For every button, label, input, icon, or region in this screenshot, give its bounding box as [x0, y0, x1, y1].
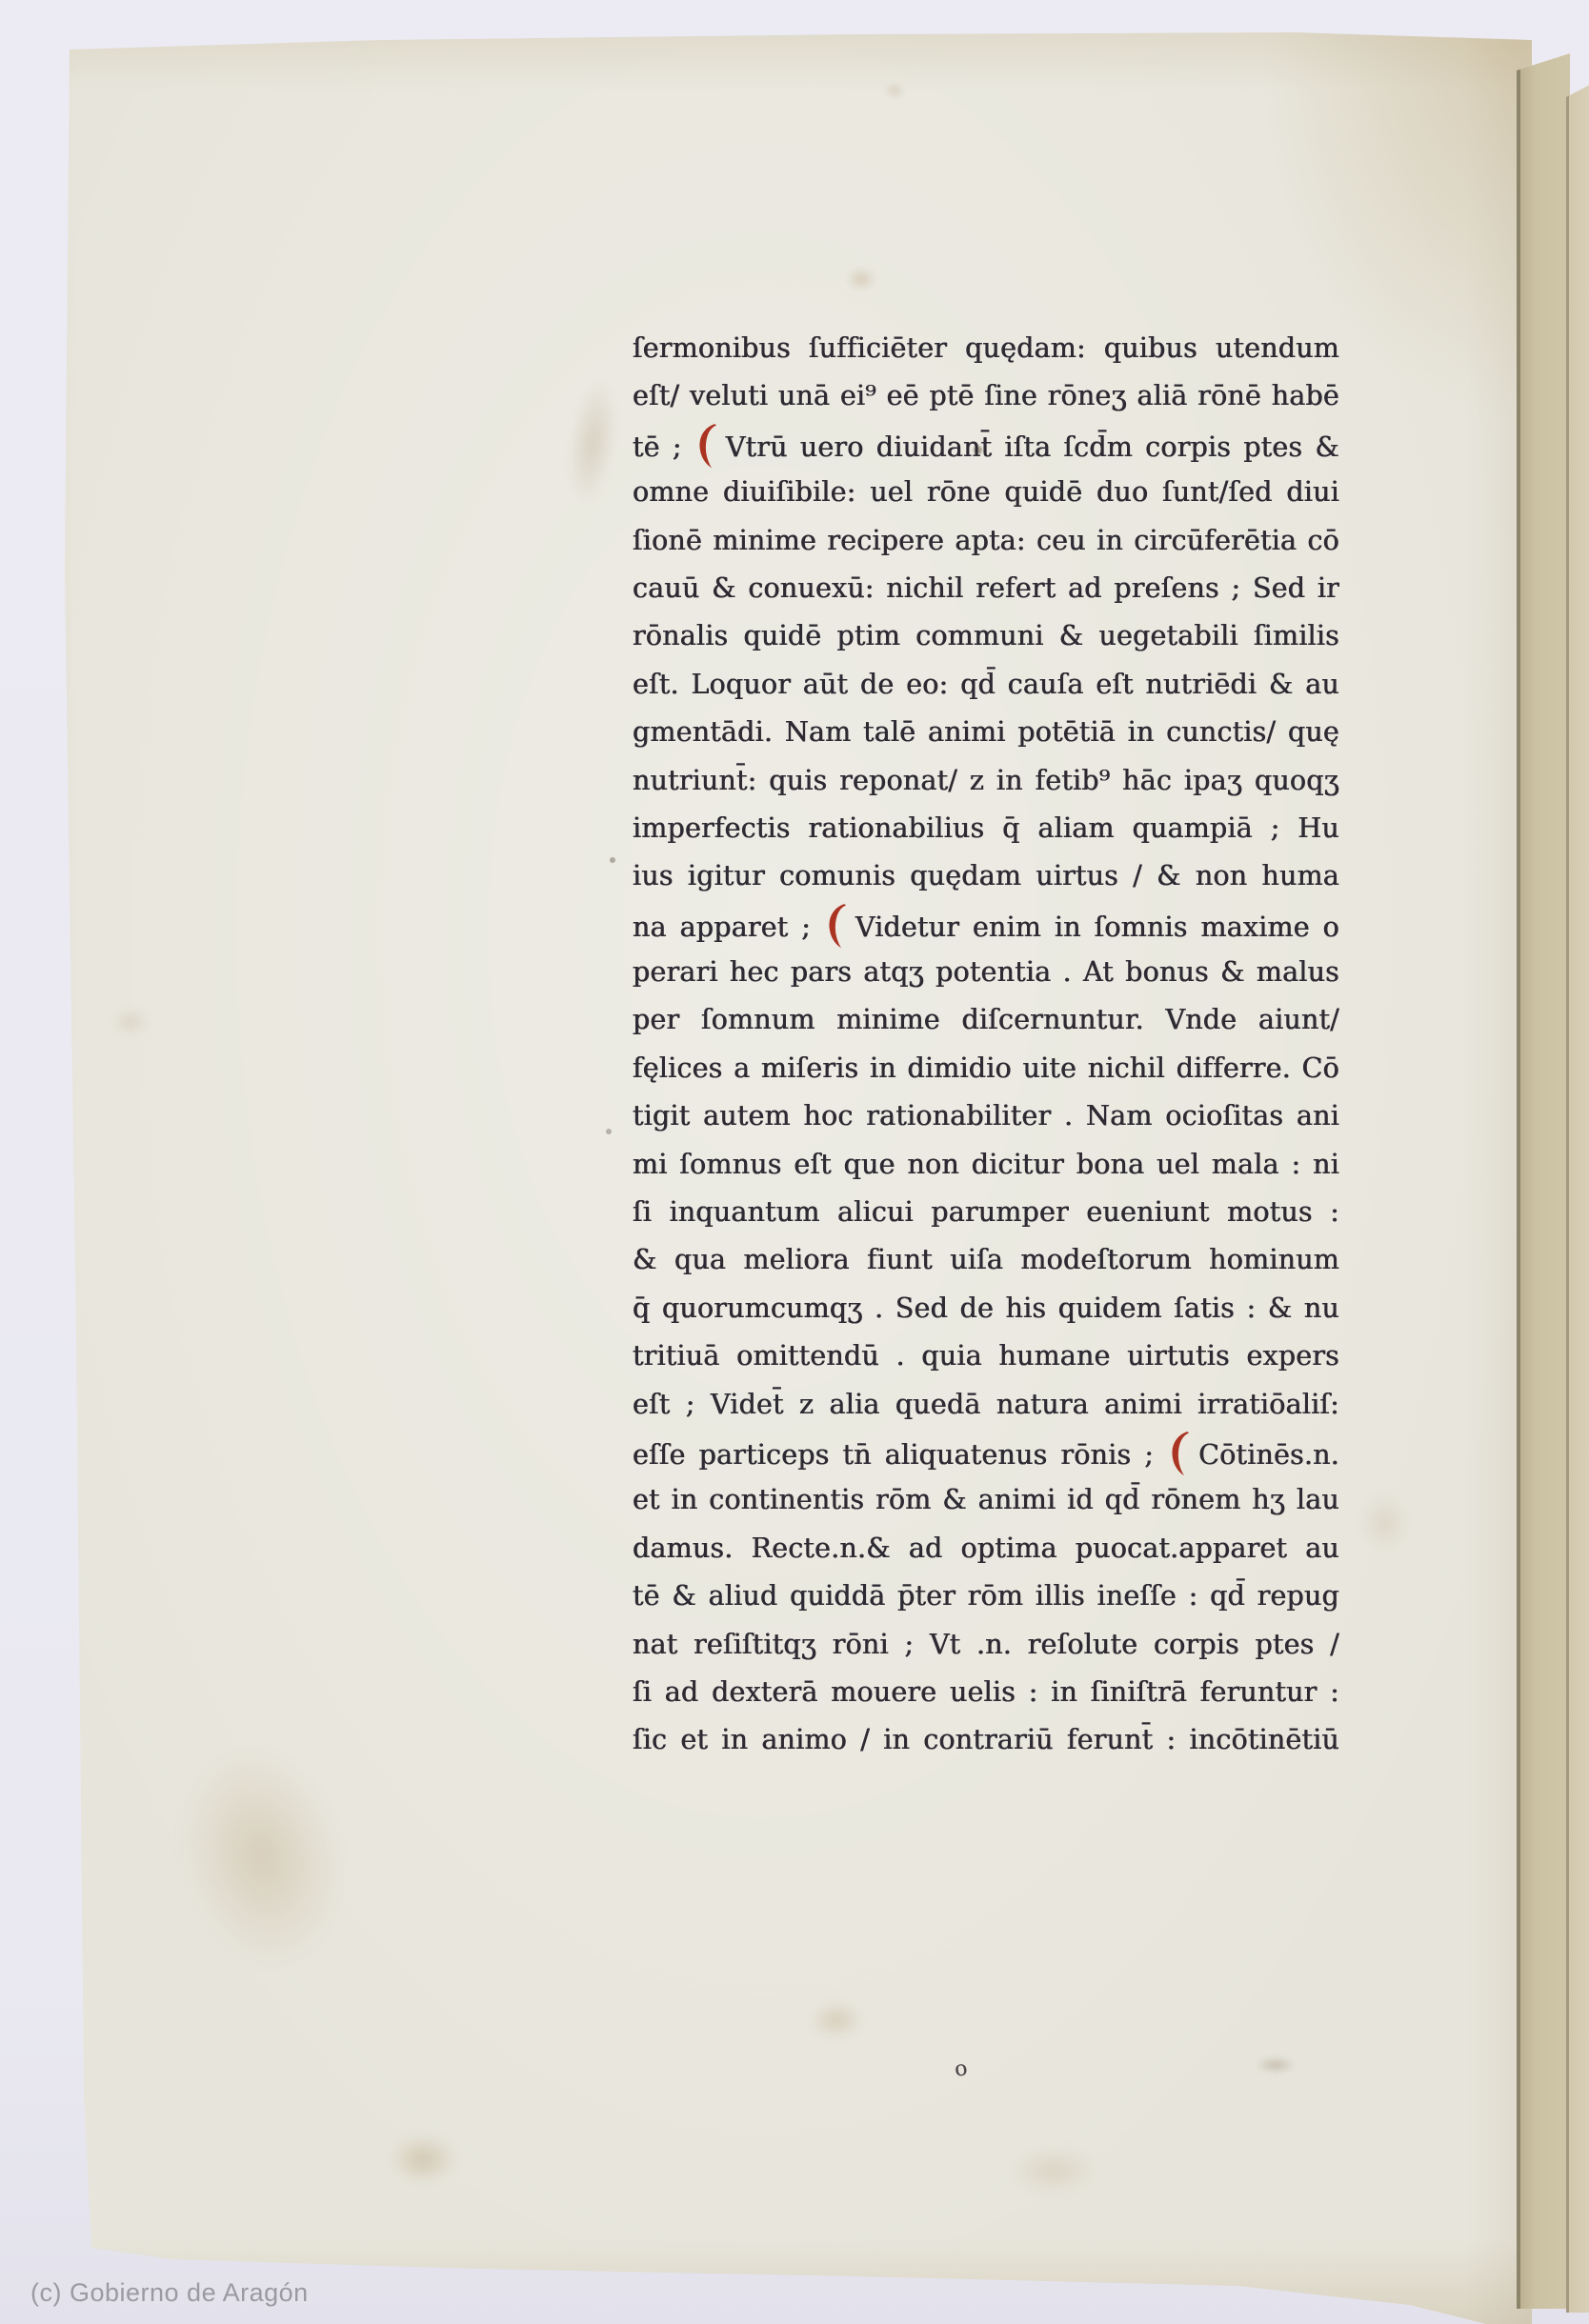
book-page: ſermonibus ſufficiēter quędam: quibus ut… [0, 0, 1589, 2324]
text-line: fęlices a miſeris in dimidio uite nichil… [633, 1045, 1339, 1092]
text-line: ius igitur comunis quędam uirtus / & non… [633, 852, 1339, 900]
text-segment: eſſe particeps tn̄ aliquatenus rōnis ; [633, 1439, 1167, 1471]
text-segment: ſi inquantum alicui parumper eueniunt mo… [633, 1196, 1339, 1228]
text-segment: imperfectis rationabilius q̄ aliam quamp… [633, 812, 1339, 844]
stain [610, 857, 615, 863]
text-segment: q̄ quorumcumqʒ . Sed de his quidem ſatis… [633, 1292, 1339, 1324]
text-line: eſt ; Videt̄ z alia quedā natura animi i… [633, 1381, 1339, 1429]
rubric-paragraph-mark-icon [826, 901, 847, 949]
text-line: tē ; Vtrū uero diuidant̄ iſta ſcd̄m corp… [633, 421, 1339, 469]
text-segment: eſt ; Videt̄ z alia quedā natura animi i… [633, 1389, 1339, 1420]
text-line: et in continentis rōm & animi id qd̄ rōn… [633, 1476, 1339, 1524]
text-line: eſſe particeps tn̄ aliquatenus rōnis ; C… [633, 1429, 1339, 1476]
text-line: cauū & conuexū: nichil refert ad preſens… [633, 565, 1339, 612]
text-segment: tē & aliud quiddā p̄ter rōm illis ineſſe… [633, 1580, 1339, 1612]
text-line: tritiuā omittendū . quia humane uirtutis… [633, 1332, 1339, 1380]
stain [1010, 2148, 1097, 2194]
text-segment: per ſomnum minime diſcernuntur. Vnde aiu… [633, 1004, 1339, 1035]
book-fore-edge [1566, 84, 1589, 2313]
stain [389, 2134, 457, 2185]
text-line: per ſomnum minime diſcernuntur. Vnde aiu… [633, 996, 1339, 1044]
rubric-paragraph-mark-icon [696, 421, 717, 469]
text-line: & qua meliora fiunt uiſa modeſtorum homi… [633, 1236, 1339, 1284]
text-segment: tigit autem hoc rationabiliter . Nam oci… [633, 1100, 1339, 1132]
text-line: nat reſiſtitqʒ rōni ; Vt .n. reſolute co… [633, 1621, 1339, 1669]
text-segment: ſermonibus ſufficiēter quędam: quibus ut… [633, 332, 1339, 364]
text-line: damus. Recte.n.& ad optima puocat.appare… [633, 1525, 1339, 1573]
text-segment: tē ; [633, 431, 694, 463]
text-segment: eſt. Loquor aūt de eo: qd̄ cauſa eſt nut… [633, 669, 1339, 700]
text-column: ſermonibus ſufficiēter quędam: quibus ut… [633, 325, 1339, 1765]
book-fore-edge [1517, 53, 1570, 2309]
stain [846, 267, 876, 291]
text-line: q̄ quorumcumqʒ . Sed de his quidem ſatis… [633, 1285, 1339, 1332]
text-line: ſermonibus ſufficiēter quędam: quibus ut… [633, 325, 1339, 372]
text-segment: ius igitur comunis quędam uirtus / & non… [633, 860, 1339, 892]
text-line: eſt/ veluti unā ei⁹ eē ptē ſine rōneʒ al… [633, 372, 1339, 420]
text-line: ſi inquantum alicui parumper eueniunt mo… [633, 1189, 1339, 1236]
stain [606, 1129, 612, 1134]
text-line: mi ſomnus eſt que non dicitur bona uel m… [633, 1141, 1339, 1189]
text-line: rōnalis quidē ptim communi & uegetabili … [633, 612, 1339, 660]
stain [154, 1726, 370, 1989]
text-line: nutriunt̄: quis reponat/ z in fetib⁹ hāc… [633, 757, 1339, 805]
text-segment: perari hec pars atqʒ potentia . At bonus… [633, 956, 1339, 988]
text-line: ſi ad dexterā mouere uelis : in ſiniſtrā… [633, 1669, 1339, 1716]
text-segment: ſionē minime recipere apta: ceu in circū… [633, 525, 1339, 556]
stain [884, 82, 905, 99]
text-segment: cauū & conuexū: nichil refert ad preſens… [633, 572, 1339, 604]
text-segment: mi ſomnus eſt que non dicitur bona uel m… [633, 1149, 1339, 1180]
stain [561, 376, 624, 509]
text-line: omne diuiſibile: uel rōne quidē duo ſunt… [633, 469, 1339, 516]
text-segment: nutriunt̄: quis reponat/ z in fetib⁹ hāc… [633, 765, 1339, 796]
text-segment: na apparet ; [633, 912, 824, 943]
text-segment: ſi ad dexterā mouere uelis : in ſiniſtrā… [633, 1676, 1339, 1708]
text-line: ſic et in animo / in contrariū ferunt̄ :… [633, 1716, 1339, 1764]
text-line: tigit autem hoc rationabiliter . Nam oci… [633, 1092, 1339, 1140]
text-line: perari hec pars atqʒ potentia . At bonus… [633, 949, 1339, 996]
text-segment: tritiuā omittendū . quia humane uirtutis… [633, 1340, 1339, 1372]
text-segment: nat reſiſtitqʒ rōni ; Vt .n. reſolute co… [633, 1629, 1339, 1660]
stain [112, 1008, 149, 1036]
text-line: eſt. Loquor aūt de eo: qd̄ cauſa eſt nut… [633, 661, 1339, 709]
quire-signature-mark: o [953, 2056, 969, 2082]
text-segment: et in continentis rōm & animi id qd̄ rōn… [633, 1484, 1339, 1515]
text-segment: rōnalis quidē ptim communi & uegetabili … [633, 620, 1339, 651]
text-line: imperfectis rationabilius q̄ aliam quamp… [633, 805, 1339, 852]
rubric-paragraph-mark-icon [1169, 1429, 1190, 1476]
text-segment: eſt/ veluti unā ei⁹ eē ptē ſine rōneʒ al… [633, 380, 1339, 411]
text-segment: & qua meliora fiunt uiſa modeſtorum homi… [633, 1244, 1339, 1275]
text-segment: Videtur enim in ſomnis maxime o [855, 912, 1339, 943]
text-line: gmentādi. Nam talē animi potētiā in cunc… [633, 709, 1339, 756]
text-line: na apparet ; Videtur enim in ſomnis maxi… [633, 901, 1339, 949]
copyright-watermark: (c) Gobierno de Aragón [30, 2278, 309, 2308]
text-segment: omne diuiſibile: uel rōne quidē duo ſunt… [633, 476, 1339, 508]
stain [810, 2000, 863, 2040]
scanned-page-background: ſermonibus ſufficiēter quędam: quibus ut… [0, 0, 1589, 2324]
text-segment: gmentādi. Nam talē animi potētiā in cunc… [633, 716, 1339, 748]
text-line: ſionē minime recipere apta: ceu in circū… [633, 517, 1339, 565]
stain [1360, 1493, 1410, 1553]
stain [1256, 2055, 1296, 2074]
text-segment: Vtrū uero diuidant̄ iſta ſcd̄m corpis pt… [726, 431, 1339, 463]
text-segment: fęlices a miſeris in dimidio uite nichil… [633, 1052, 1339, 1084]
text-segment: Cōtinēs.n. [1198, 1439, 1339, 1471]
text-segment: damus. Recte.n.& ad optima puocat.appare… [633, 1533, 1339, 1564]
text-line: tē & aliud quiddā p̄ter rōm illis ineſſe… [633, 1573, 1339, 1620]
text-segment: ſic et in animo / in contrariū ferunt̄ :… [633, 1724, 1339, 1764]
